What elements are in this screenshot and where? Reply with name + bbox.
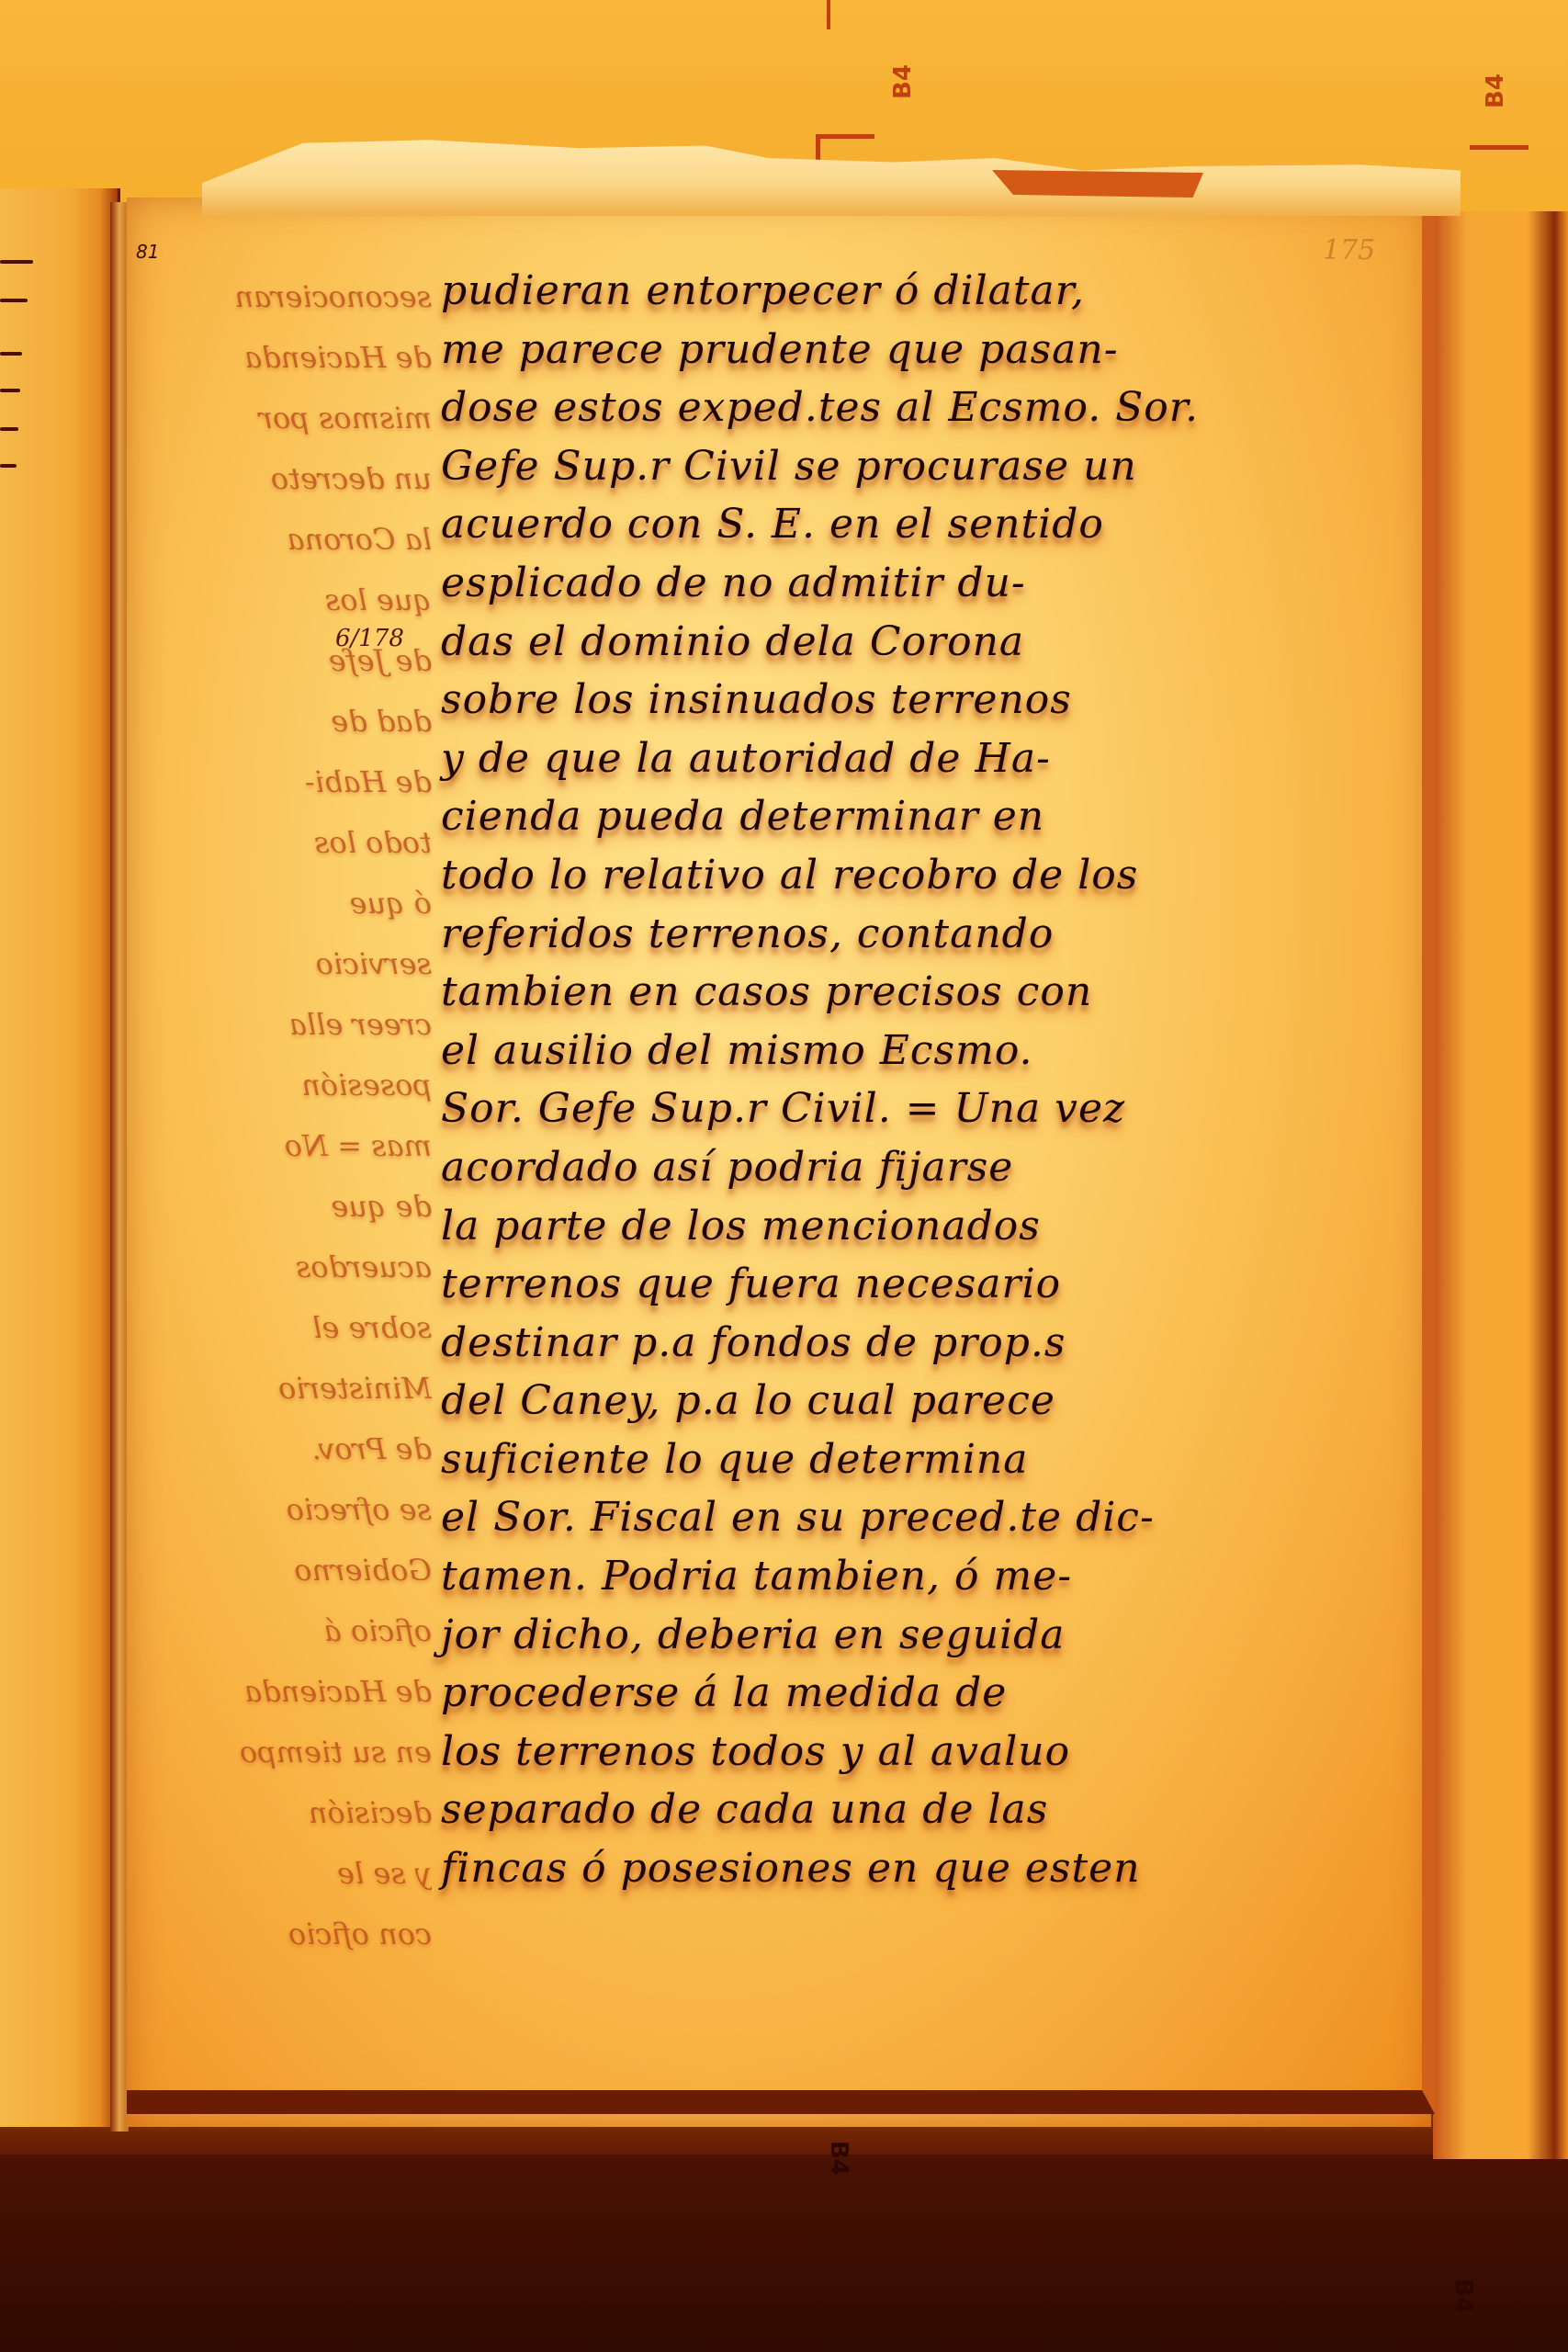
copy-stand-backdrop bbox=[0, 0, 1568, 184]
bleed-line: con oficio bbox=[165, 1904, 432, 1964]
bleed-line: todo los bbox=[165, 812, 432, 873]
manuscript-line: terrenos que fuera necesario bbox=[441, 1255, 1415, 1314]
left-page-text-fragment bbox=[0, 464, 17, 468]
crop-mark-label: B4 bbox=[825, 2141, 852, 2176]
left-page-text-fragment bbox=[0, 299, 28, 302]
manuscript-line: das el dominio dela Corona bbox=[441, 613, 1415, 672]
bleed-line: dad de bbox=[165, 691, 432, 752]
bleed-line: posesión bbox=[165, 1055, 432, 1115]
left-page-text-fragment bbox=[0, 260, 33, 264]
bleed-line: de Jefe bbox=[165, 630, 432, 691]
bleed-line: ó que bbox=[165, 873, 432, 933]
manuscript-line: jor dicho, deberia en seguida bbox=[441, 1606, 1415, 1665]
bleed-line: Ministerio bbox=[165, 1358, 432, 1419]
manuscript-line: los terrenos todos y al avaluo bbox=[441, 1723, 1415, 1781]
manuscript-line: tamen. Podria tambien, ó me- bbox=[441, 1547, 1415, 1606]
crop-mark-label: B4 bbox=[1482, 73, 1509, 108]
crop-line bbox=[827, 0, 830, 29]
manuscript-line: dose estos exped.tes al Ecsmo. Sor. bbox=[441, 379, 1415, 437]
left-page-text-fragment bbox=[0, 352, 22, 356]
document-scene: B4 B4 B4 B4 81 175 6/178 seconocieran de… bbox=[0, 0, 1568, 2352]
bleed-line: la Corona bbox=[165, 509, 432, 570]
left-page-text-fragment bbox=[0, 389, 20, 392]
manuscript-line: el ausilio del mismo Ecsmo. bbox=[441, 1022, 1415, 1080]
manuscript-line: separado de cada una de las bbox=[441, 1781, 1415, 1839]
manuscript-line: me parece prudente que pasan- bbox=[441, 321, 1415, 379]
manuscript-line: acuerdo con S. E. en el sentido bbox=[441, 495, 1415, 554]
manuscript-line: referidos terrenos, contando bbox=[441, 905, 1415, 964]
manuscript-line: del Caney, p.a lo cual parece bbox=[441, 1372, 1415, 1430]
bleed-line: de que bbox=[165, 1176, 432, 1237]
crop-line bbox=[816, 134, 874, 139]
crop-mark-label: B4 bbox=[889, 64, 917, 99]
book-gutter bbox=[110, 202, 129, 2131]
manuscript-line: suficiente lo que determina bbox=[441, 1430, 1415, 1489]
manuscript-line: tambien en casos precisos con bbox=[441, 963, 1415, 1022]
bleed-line: mas = No bbox=[165, 1115, 432, 1176]
dark-table-surface bbox=[0, 2154, 1568, 2352]
manuscript-line: el Sor. Fiscal en su preced.te dic- bbox=[441, 1488, 1415, 1547]
bleed-line: acuerdos bbox=[165, 1237, 432, 1297]
bleed-line: seconocieran bbox=[165, 266, 432, 327]
bleed-line: sobre el bbox=[165, 1297, 432, 1358]
manuscript-line: cienda pueda determinar en bbox=[441, 787, 1415, 846]
bleed-line: de Habi- bbox=[165, 752, 432, 812]
manuscript-line: acordado así podria fijarse bbox=[441, 1138, 1415, 1197]
bleed-line: en su tiempo bbox=[165, 1722, 432, 1782]
manuscript-line: sobre los insinuados terrenos bbox=[441, 671, 1415, 729]
bleed-line: servicio bbox=[165, 933, 432, 994]
bleed-line: mismos por bbox=[165, 388, 432, 448]
bleed-line: de Hacienda bbox=[165, 327, 432, 388]
bleed-line: de Hacienda bbox=[165, 1661, 432, 1722]
manuscript-line: la parte de los mencionados bbox=[441, 1197, 1415, 1256]
manuscript-line: pudieran entorpecer ó dilatar, bbox=[441, 262, 1415, 321]
bleed-line: Gobierno bbox=[165, 1540, 432, 1600]
bleed-line: un decreto bbox=[165, 448, 432, 509]
tissue-fold-shadow bbox=[992, 170, 1203, 198]
bleed-line: decisión bbox=[165, 1782, 432, 1843]
manuscript-line: todo lo relativo al recobro de los bbox=[441, 846, 1415, 905]
manuscript-line: destinar p.a fondos de prop.s bbox=[441, 1314, 1415, 1373]
bleed-through-text: seconocieran de Hacienda mismos por un d… bbox=[165, 266, 432, 1964]
page-stack-edge bbox=[1433, 211, 1568, 2159]
crop-line bbox=[1470, 145, 1529, 150]
bleed-line: de Prov. bbox=[165, 1419, 432, 1479]
manuscript-body: pudieran entorpecer ó dilatar, me parece… bbox=[441, 262, 1415, 1898]
bleed-line: y se le bbox=[165, 1843, 432, 1904]
manuscript-line: fincas ó posesiones en que esten bbox=[441, 1839, 1415, 1898]
bleed-line: se ofrecio bbox=[165, 1479, 432, 1540]
manuscript-line: Gefe Sup.r Civil se procurase un bbox=[441, 437, 1415, 496]
manuscript-line: Sor. Gefe Sup.r Civil. = Una vez bbox=[441, 1080, 1415, 1138]
manuscript-line: y de que la autoridad de Ha- bbox=[441, 729, 1415, 788]
folio-number: 81 bbox=[136, 241, 159, 263]
bleed-line: que los bbox=[165, 570, 432, 630]
left-page-text-fragment bbox=[0, 427, 18, 431]
left-facing-page bbox=[0, 188, 120, 2127]
crop-mark-label: B4 bbox=[1450, 2278, 1477, 2313]
manuscript-line: esplicado de no admitir du- bbox=[441, 554, 1415, 613]
bleed-line: creer ella bbox=[165, 994, 432, 1055]
bleed-line: oficio á bbox=[165, 1600, 432, 1661]
manuscript-line: procederse á la medida de bbox=[441, 1664, 1415, 1723]
